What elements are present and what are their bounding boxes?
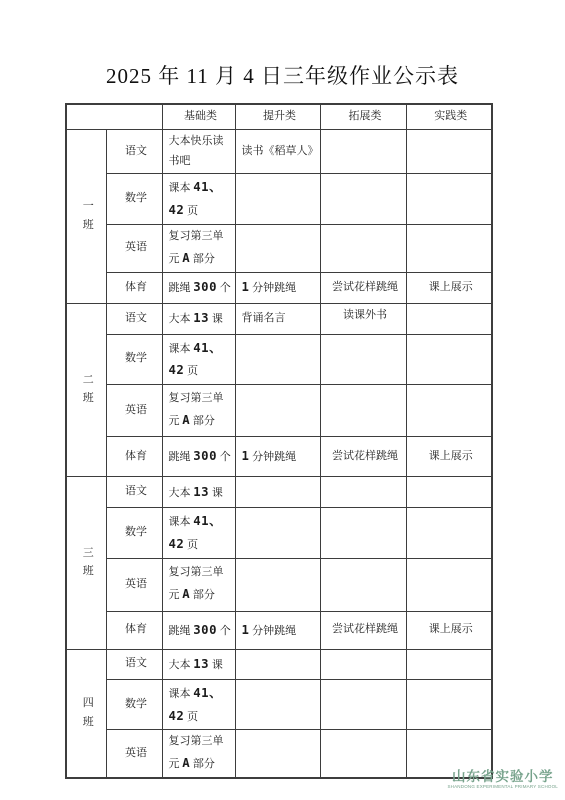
homework-cell: 课本 41、42 页 [162, 508, 235, 559]
table-row: 一班 语文 大本快乐读书吧 读书《稻草人》 [66, 129, 492, 174]
table-row: 四班 语文 大本 13 课 [66, 649, 492, 679]
column-header-improve: 提升类 [235, 104, 320, 129]
homework-cell: 背诵名言 [235, 303, 320, 334]
table-row: 英语 复习第三单元 A 部分 [66, 385, 492, 437]
homework-cell [235, 508, 320, 559]
homework-cell: 复习第三单元 A 部分 [162, 385, 235, 437]
homework-cell [235, 385, 320, 437]
homework-cell [320, 730, 406, 778]
table-row: 数学 课本 41、42 页 [66, 508, 492, 559]
homework-cell: 复习第三单元 A 部分 [162, 224, 235, 272]
class-cell: 三班 [66, 477, 106, 650]
homework-cell [406, 385, 492, 437]
table-row: 英语 复习第三单元 A 部分 [66, 730, 492, 778]
homework-cell: 课上展示 [406, 437, 492, 477]
homework-cell [406, 649, 492, 679]
homework-cell [320, 174, 406, 225]
school-logo: 山东省实验小学 SHANDONG EXPERIMENTAL PRIMARY SC… [447, 770, 558, 790]
homework-cell: 跳绳 300 个 [162, 272, 235, 303]
subject-cell: 英语 [106, 224, 162, 272]
homework-cell: 复习第三单元 A 部分 [162, 730, 235, 778]
homework-cell: 1 分钟跳绳 [235, 272, 320, 303]
table-row: 二班 语文 大本 13 课 背诵名言 读课外书 [66, 303, 492, 334]
table-row: 数学 课本 41、42 页 [66, 174, 492, 225]
subject-cell: 体育 [106, 272, 162, 303]
table-row: 体育 跳绳 300 个 1 分钟跳绳 尝试花样跳绳 课上展示 [66, 611, 492, 649]
homework-cell [235, 649, 320, 679]
homework-cell [235, 730, 320, 778]
homework-cell: 课上展示 [406, 272, 492, 303]
homework-cell [320, 558, 406, 611]
page-title: 2025 年 11 月 4 日三年级作业公示表 [0, 60, 565, 90]
school-logo-chinese: 山东省实验小学 [447, 770, 558, 785]
class-cell: 一班 [66, 129, 106, 303]
homework-cell: 1 分钟跳绳 [235, 437, 320, 477]
homework-cell [235, 558, 320, 611]
homework-cell [320, 508, 406, 559]
homework-cell: 大本快乐读书吧 [162, 129, 235, 174]
header-row: 基础类 提升类 拓展类 实践类 [66, 104, 492, 129]
column-header-basic: 基础类 [162, 104, 235, 129]
homework-cell: 课本 41、42 页 [162, 679, 235, 730]
homework-cell [406, 303, 492, 334]
homework-cell: 跳绳 300 个 [162, 611, 235, 649]
corner-cell [66, 104, 162, 129]
subject-cell: 语文 [106, 649, 162, 679]
homework-cell [406, 224, 492, 272]
homework-cell [406, 508, 492, 559]
homework-cell [320, 385, 406, 437]
homework-cell [320, 334, 406, 385]
homework-table: 基础类 提升类 拓展类 实践类 一班 语文 大本快乐读书吧 读书《稻草人》 数学… [65, 103, 493, 779]
homework-cell: 大本 13 课 [162, 303, 235, 334]
homework-cell: 读书《稻草人》 [235, 129, 320, 174]
subject-cell: 语文 [106, 303, 162, 334]
subject-cell: 体育 [106, 437, 162, 477]
homework-cell: 尝试花样跳绳 [320, 611, 406, 649]
homework-cell [235, 334, 320, 385]
homework-cell: 课本 41、42 页 [162, 174, 235, 225]
column-header-practice: 实践类 [406, 104, 492, 129]
homework-cell [406, 679, 492, 730]
homework-cell [320, 129, 406, 174]
homework-cell: 课上展示 [406, 611, 492, 649]
column-header-extend: 拓展类 [320, 104, 406, 129]
homework-cell: 复习第三单元 A 部分 [162, 558, 235, 611]
homework-cell: 大本 13 课 [162, 477, 235, 508]
homework-cell [406, 174, 492, 225]
homework-cell: 尝试花样跳绳 [320, 437, 406, 477]
homework-cell [235, 174, 320, 225]
homework-cell [235, 477, 320, 508]
homework-cell [406, 129, 492, 174]
table-row: 英语 复习第三单元 A 部分 [66, 558, 492, 611]
homework-cell [320, 679, 406, 730]
subject-cell: 英语 [106, 385, 162, 437]
table-row: 数学 课本 41、42 页 [66, 679, 492, 730]
homework-cell [406, 477, 492, 508]
subject-cell: 体育 [106, 611, 162, 649]
table-row: 体育 跳绳 300 个 1 分钟跳绳 尝试花样跳绳 课上展示 [66, 437, 492, 477]
table-row: 三班 语文 大本 13 课 [66, 477, 492, 508]
table-row: 英语 复习第三单元 A 部分 [66, 224, 492, 272]
homework-cell: 课本 41、42 页 [162, 334, 235, 385]
subject-cell: 语文 [106, 477, 162, 508]
homework-cell [320, 224, 406, 272]
homework-cell: 跳绳 300 个 [162, 437, 235, 477]
homework-cell [235, 224, 320, 272]
subject-cell: 数学 [106, 508, 162, 559]
homework-cell [320, 649, 406, 679]
school-logo-english: SHANDONG EXPERIMENTAL PRIMARY SCHOOL [447, 785, 558, 790]
subject-cell: 数学 [106, 679, 162, 730]
subject-cell: 数学 [106, 174, 162, 225]
table-row: 数学 课本 41、42 页 [66, 334, 492, 385]
homework-cell [235, 679, 320, 730]
homework-cell: 尝试花样跳绳 [320, 272, 406, 303]
homework-cell [320, 477, 406, 508]
homework-cell [406, 334, 492, 385]
homework-cell: 读课外书 [320, 303, 406, 334]
table-row: 体育 跳绳 300 个 1 分钟跳绳 尝试花样跳绳 课上展示 [66, 272, 492, 303]
homework-cell: 1 分钟跳绳 [235, 611, 320, 649]
subject-cell: 数学 [106, 334, 162, 385]
class-cell: 二班 [66, 303, 106, 477]
homework-cell: 大本 13 课 [162, 649, 235, 679]
subject-cell: 英语 [106, 730, 162, 778]
subject-cell: 英语 [106, 558, 162, 611]
subject-cell: 语文 [106, 129, 162, 174]
class-cell: 四班 [66, 649, 106, 778]
homework-cell [406, 558, 492, 611]
